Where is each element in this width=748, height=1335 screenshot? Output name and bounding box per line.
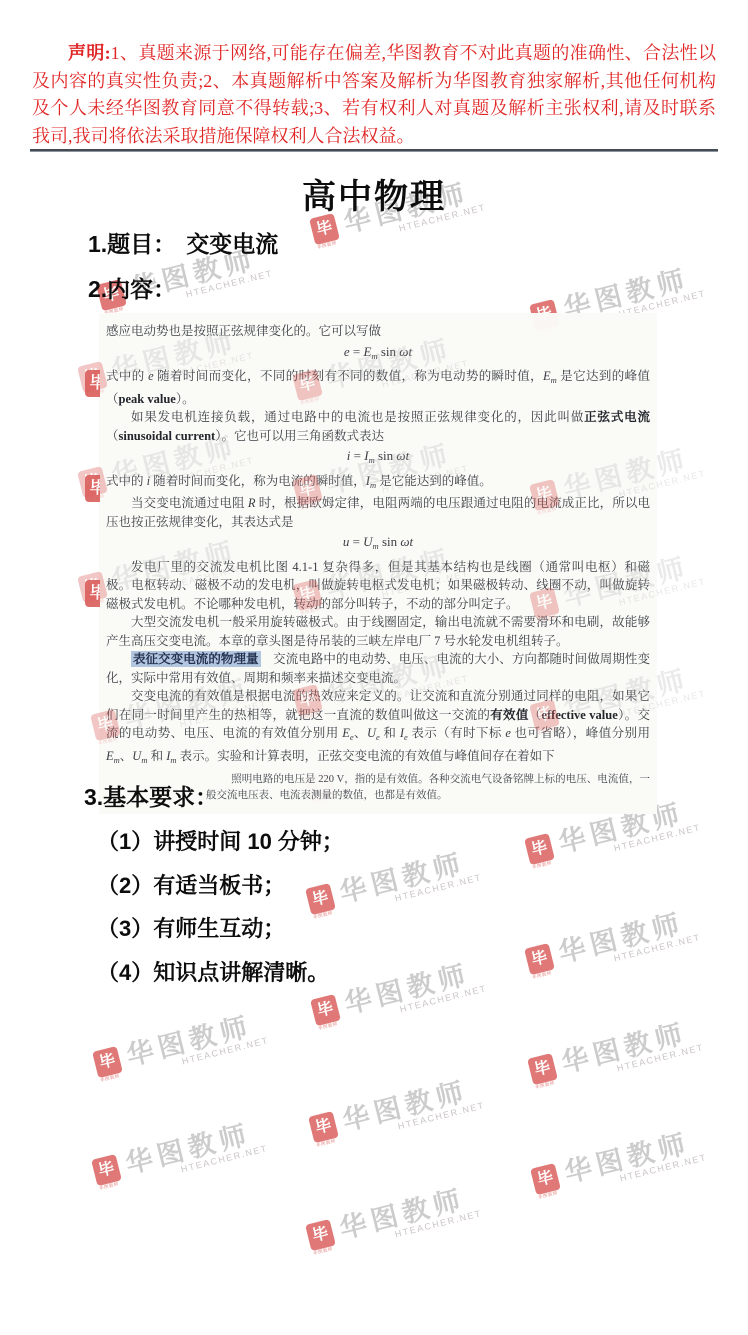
document-page: 毕 华图教师 华图教师 HTEACHER.NET 毕 华图教师 华图教师 HTE… (0, 0, 748, 1335)
scan-paragraph: 大型交流发电机一般采用旋转磁极式。由于线圈固定，输出电流就不需要滑环和电刷，故能… (106, 613, 650, 650)
requirement-item: （4）知识点讲解清晰。 (97, 956, 329, 987)
scan-paragraph: 表征交变电流的物理量 交流电路中的电动势、电压、电流的大小、方向都随时间做周期性… (106, 650, 650, 687)
topic-value: 交变电流 (186, 231, 278, 257)
disclaimer: 声明:1、真题来源于网络,可能存在偏差,华图教育不对此真题的准确性、合法性以及内… (32, 40, 716, 150)
disclaimer-label: 声明: (68, 43, 111, 63)
topic-heading: 1.题目：交变电流 (88, 226, 278, 259)
scan-paragraph: 交变电流的有效值是根据电流的热效应来定义的。让交流和直流分别通过同样的电阻，如果… (106, 687, 650, 769)
scan-formula: i = Im sin ωt (106, 447, 650, 470)
requirement-item: （1）讲授时间 10 分钟； (97, 825, 344, 856)
page-title: 高中物理 (0, 169, 748, 218)
scan-paragraph: 如果发电机连接负载，通过电路中的电流也是按照正弦规律变化的，因此叫做正弦式电流（… (106, 408, 650, 445)
topic-label: 1.题目： (88, 231, 176, 257)
document-content: 声明:1、真题来源于网络,可能存在偏差,华图教育不对此真题的准确性、合法性以及内… (0, 0, 748, 1335)
scan-formula: u = Um sin ωt (106, 533, 650, 556)
divider-line (30, 149, 718, 152)
scan-formula: e = Em sin ωt (106, 343, 650, 366)
scan-paragraph: 当交变电流通过电阻 R 时，根据欧姆定律，电阻两端的电压跟通过电阻的电流成正比，… (106, 494, 650, 531)
scan-paragraph: 感应电动势也是按照正弦规律变化的。它可以写做 (106, 322, 650, 341)
scan-paragraph: 式中的 e 随着时间而变化，不同的时刻有不同的数值，称为电动势的瞬时值，Em 是… (106, 367, 650, 408)
scan-paragraph: 发电厂里的交流发电机比图 4.1-1 复杂得多，但是其基本结构也是线圈（通常叫电… (106, 558, 650, 614)
requirement-item: （3）有师生互动； (97, 912, 285, 943)
requirement-item: （2）有适当板书； (97, 869, 285, 900)
content-heading: 2.内容： (88, 271, 176, 304)
requirements-heading: 3.基本要求： (84, 779, 218, 812)
disclaimer-text: 1、真题来源于网络,可能存在偏差,华图教育不对此真题的准确性、合法性以及内容的真… (32, 43, 716, 146)
textbook-scan: 感应电动势也是按照正弦规律变化的。它可以写做e = Em sin ωt式中的 e… (99, 313, 657, 814)
scan-note: 照明电路的电压是 220 V，指的是有效值。各种交流电气设备铭牌上标的电压、电流… (206, 772, 650, 804)
scan-paragraph: 式中的 i 随着时间而变化，称为电流的瞬时值，Im 是它能达到的峰值。 (106, 472, 650, 495)
